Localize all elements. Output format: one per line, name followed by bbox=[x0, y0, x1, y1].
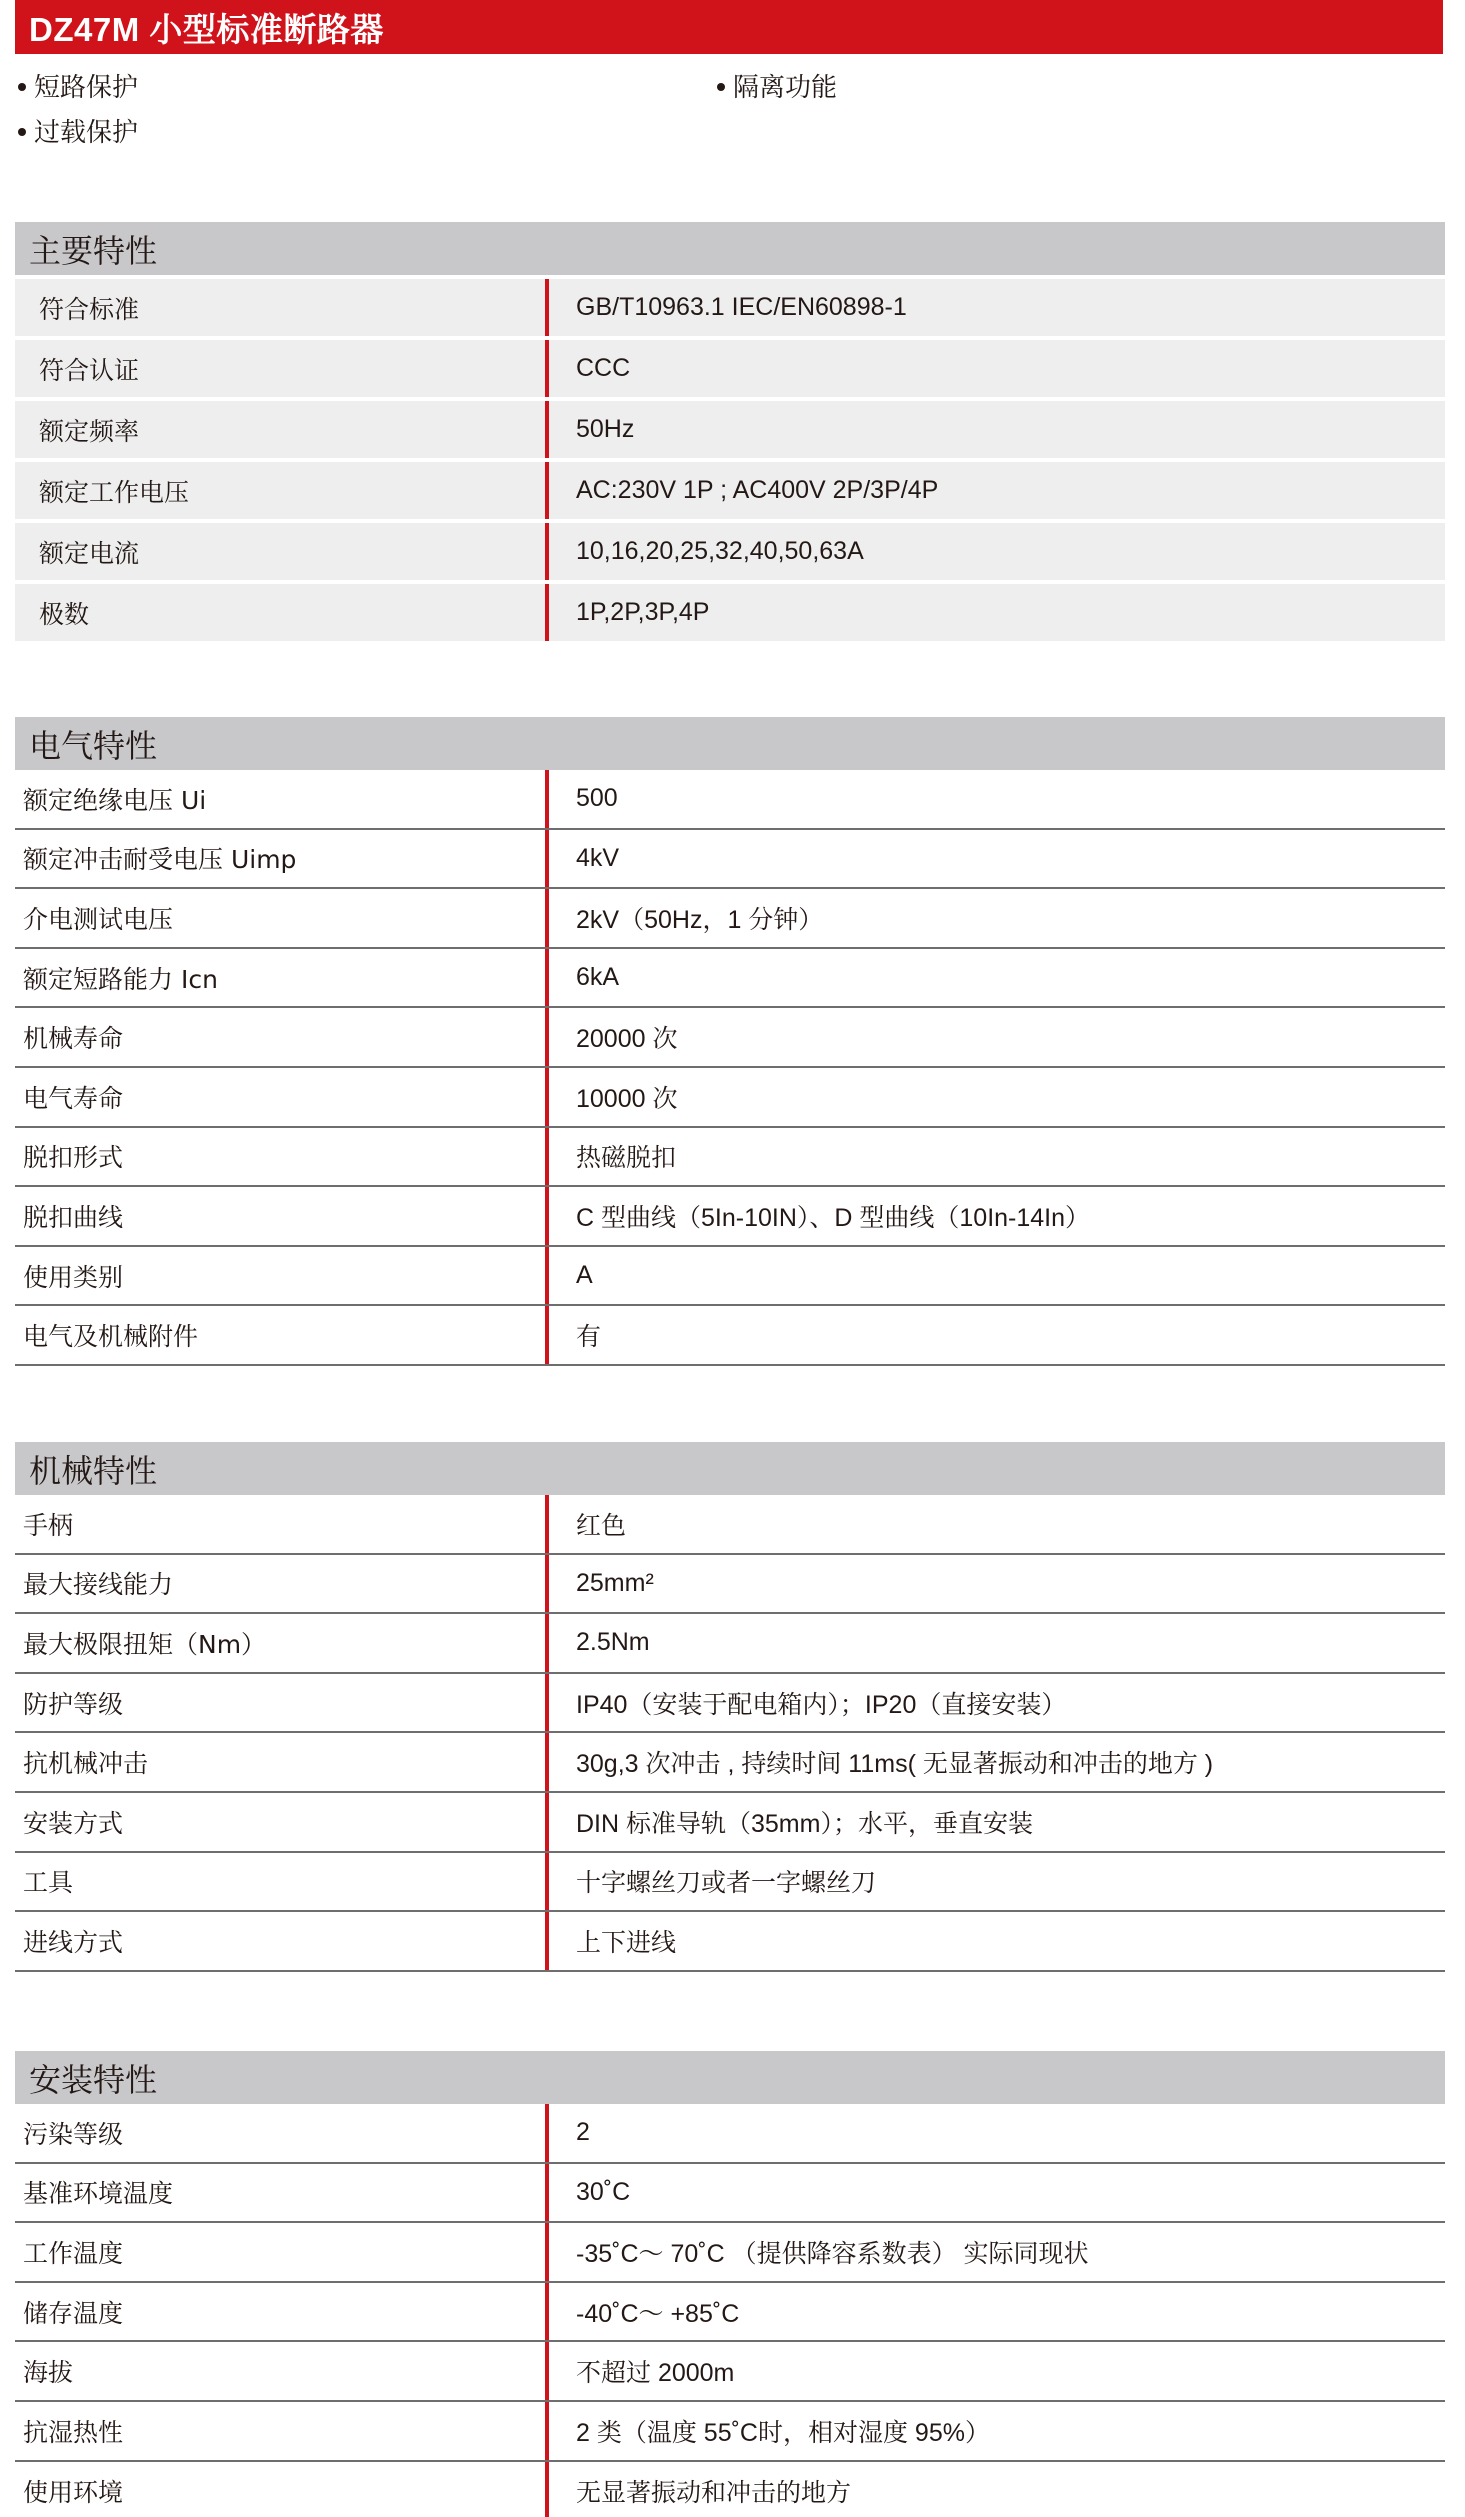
row-label: 机械寿命 bbox=[15, 1008, 545, 1066]
row-value: -35˚C～ 70˚C （提供降容系数表） 实际同现状 bbox=[549, 2223, 1445, 2281]
table-row: 安装方式DIN 标准导轨（35mm）；水平，垂直安装 bbox=[15, 1793, 1445, 1853]
row-label: 额定频率 bbox=[15, 401, 545, 458]
table-row: 脱扣形式热磁脱扣 bbox=[15, 1128, 1445, 1188]
row-label: 最大极限扭矩（Nm） bbox=[15, 1614, 545, 1672]
table-row: 额定冲击耐受电压 Uimp4kV bbox=[15, 830, 1445, 890]
row-label: 使用类别 bbox=[15, 1247, 545, 1305]
row-label: 额定冲击耐受电压 Uimp bbox=[15, 830, 545, 888]
table-row: 符合标准GB/T10963.1 IEC/EN60898-1 bbox=[15, 279, 1445, 336]
row-label: 抗机械冲击 bbox=[15, 1733, 545, 1791]
table-row: 海拔不超过 2000m bbox=[15, 2342, 1445, 2402]
row-value: 10,16,20,25,32,40,50,63A bbox=[549, 523, 1445, 580]
feature-item: 短路保护 bbox=[18, 66, 138, 110]
row-label: 极数 bbox=[15, 584, 545, 641]
row-label: 防护等级 bbox=[15, 1674, 545, 1732]
table-row: 符合认证CCC bbox=[15, 340, 1445, 397]
row-label: 储存温度 bbox=[15, 2283, 545, 2341]
table-row: 脱扣曲线C 型曲线（5In-10IN）、D 型曲线（10In-14In） bbox=[15, 1187, 1445, 1247]
row-label: 进线方式 bbox=[15, 1912, 545, 1970]
row-value: 10000 次 bbox=[549, 1068, 1445, 1126]
row-label: 安装方式 bbox=[15, 1793, 545, 1851]
row-value: C 型曲线（5In-10IN）、D 型曲线（10In-14In） bbox=[549, 1187, 1445, 1245]
table-row: 额定频率50Hz bbox=[15, 401, 1445, 458]
section-installation-characteristics: 安装特性 污染等级2 基准环境温度30˚C 工作温度-35˚C～ 70˚C （提… bbox=[15, 2051, 1445, 2517]
row-value: 4kV bbox=[549, 830, 1445, 888]
row-value: 无显著振动和冲击的地方 bbox=[549, 2462, 1445, 2517]
table-row: 储存温度-40˚C～ +85˚C bbox=[15, 2283, 1445, 2343]
table-row: 工作温度-35˚C～ 70˚C （提供降容系数表） 实际同现状 bbox=[15, 2223, 1445, 2283]
row-value: 不超过 2000m bbox=[549, 2342, 1445, 2400]
bullet-icon bbox=[18, 83, 26, 91]
feature-item: 过载保护 bbox=[18, 111, 138, 155]
table-row: 额定短路能力 Icn6kA bbox=[15, 949, 1445, 1009]
table-row: 污染等级2 bbox=[15, 2104, 1445, 2164]
spec-table: 额定绝缘电压 Ui500 额定冲击耐受电压 Uimp4kV 介电测试电压2kV（… bbox=[15, 770, 1445, 1366]
table-row: 极数1P,2P,3P,4P bbox=[15, 584, 1445, 641]
spec-table: 手柄红色 最大接线能力25mm² 最大极限扭矩（Nm）2.5Nm 防护等级IP4… bbox=[15, 1495, 1445, 1972]
row-label: 抗湿热性 bbox=[15, 2402, 545, 2460]
feature-label: 过载保护 bbox=[34, 118, 138, 148]
row-value: 6kA bbox=[549, 949, 1445, 1007]
feature-item: 隔离功能 bbox=[717, 66, 837, 110]
row-value: 2kV（50Hz，1 分钟） bbox=[549, 889, 1445, 947]
row-value: 红色 bbox=[549, 1495, 1445, 1553]
row-label: 电气及机械附件 bbox=[15, 1306, 545, 1364]
row-value: 1P,2P,3P,4P bbox=[549, 584, 1445, 641]
product-title-bar: DZ47M 小型标准断路器 bbox=[15, 0, 1443, 54]
row-value: -40˚C～ +85˚C bbox=[549, 2283, 1445, 2341]
row-value: 500 bbox=[549, 770, 1445, 828]
row-value: 2 bbox=[549, 2104, 1445, 2162]
spec-table: 符合标准GB/T10963.1 IEC/EN60898-1 符合认证CCC 额定… bbox=[15, 279, 1445, 641]
table-row: 电气及机械附件有 bbox=[15, 1306, 1445, 1366]
row-value: 50Hz bbox=[549, 401, 1445, 458]
bullet-icon bbox=[717, 83, 725, 91]
row-value: 十字螺丝刀或者一字螺丝刀 bbox=[549, 1853, 1445, 1911]
table-row: 最大极限扭矩（Nm）2.5Nm bbox=[15, 1614, 1445, 1674]
row-label: 电气寿命 bbox=[15, 1068, 545, 1126]
row-label: 额定绝缘电压 Ui bbox=[15, 770, 545, 828]
table-row: 抗机械冲击30g,3 次冲击 , 持续时间 11ms( 无显著振动和冲击的地方 … bbox=[15, 1733, 1445, 1793]
row-label: 额定电流 bbox=[15, 523, 545, 580]
table-row: 机械寿命20000 次 bbox=[15, 1008, 1445, 1068]
table-row: 介电测试电压2kV（50Hz，1 分钟） bbox=[15, 889, 1445, 949]
row-value: 2 类（温度 55˚C时，相对湿度 95%） bbox=[549, 2402, 1445, 2460]
row-label: 使用环境 bbox=[15, 2462, 545, 2517]
table-row: 使用环境无显著振动和冲击的地方 bbox=[15, 2462, 1445, 2517]
row-label: 手柄 bbox=[15, 1495, 545, 1553]
bullet-icon bbox=[18, 128, 26, 136]
row-label: 基准环境温度 bbox=[15, 2164, 545, 2222]
row-value: 2.5Nm bbox=[549, 1614, 1445, 1672]
row-label: 介电测试电压 bbox=[15, 889, 545, 947]
row-label: 符合认证 bbox=[15, 340, 545, 397]
row-value: IP40（安装于配电箱内）；IP20（直接安装） bbox=[549, 1674, 1445, 1732]
product-title: DZ47M 小型标准断路器 bbox=[29, 4, 384, 51]
row-value: GB/T10963.1 IEC/EN60898-1 bbox=[549, 279, 1445, 336]
row-value: DIN 标准导轨（35mm）；水平，垂直安装 bbox=[549, 1793, 1445, 1851]
section-electrical-characteristics: 电气特性 额定绝缘电压 Ui500 额定冲击耐受电压 Uimp4kV 介电测试电… bbox=[15, 717, 1445, 1366]
row-label: 工作温度 bbox=[15, 2223, 545, 2281]
section-mechanical-characteristics: 机械特性 手柄红色 最大接线能力25mm² 最大极限扭矩（Nm）2.5Nm 防护… bbox=[15, 1442, 1445, 1972]
row-label: 最大接线能力 bbox=[15, 1555, 545, 1613]
feature-label: 隔离功能 bbox=[733, 73, 837, 103]
row-value: 20000 次 bbox=[549, 1008, 1445, 1066]
table-row: 额定电流10,16,20,25,32,40,50,63A bbox=[15, 523, 1445, 580]
table-row: 电气寿命10000 次 bbox=[15, 1068, 1445, 1128]
row-label: 脱扣形式 bbox=[15, 1128, 545, 1186]
table-row: 防护等级IP40（安装于配电箱内）；IP20（直接安装） bbox=[15, 1674, 1445, 1734]
table-row: 使用类别A bbox=[15, 1247, 1445, 1307]
row-label: 脱扣曲线 bbox=[15, 1187, 545, 1245]
row-value: CCC bbox=[549, 340, 1445, 397]
section-title: 主要特性 bbox=[15, 222, 1445, 275]
row-label: 海拔 bbox=[15, 2342, 545, 2400]
row-label: 额定短路能力 Icn bbox=[15, 949, 545, 1007]
table-row: 最大接线能力25mm² bbox=[15, 1555, 1445, 1615]
row-value: 热磁脱扣 bbox=[549, 1128, 1445, 1186]
row-label: 工具 bbox=[15, 1853, 545, 1911]
table-row: 工具十字螺丝刀或者一字螺丝刀 bbox=[15, 1853, 1445, 1913]
spec-table: 污染等级2 基准环境温度30˚C 工作温度-35˚C～ 70˚C （提供降容系数… bbox=[15, 2104, 1445, 2517]
feature-list: 短路保护 过载保护 隔离功能 bbox=[18, 66, 1438, 158]
table-row: 进线方式上下进线 bbox=[15, 1912, 1445, 1972]
row-label: 符合标准 bbox=[15, 279, 545, 336]
row-value: 有 bbox=[549, 1306, 1445, 1364]
row-label: 额定工作电压 bbox=[15, 462, 545, 519]
table-row: 手柄红色 bbox=[15, 1495, 1445, 1555]
table-row: 额定绝缘电压 Ui500 bbox=[15, 770, 1445, 830]
table-row: 额定工作电压AC:230V 1P ; AC400V 2P/3P/4P bbox=[15, 462, 1445, 519]
row-value: 30˚C bbox=[549, 2164, 1445, 2222]
feature-label: 短路保护 bbox=[34, 73, 138, 103]
section-title: 安装特性 bbox=[15, 2051, 1445, 2104]
row-value: A bbox=[549, 1247, 1445, 1305]
table-row: 基准环境温度30˚C bbox=[15, 2164, 1445, 2224]
section-title: 机械特性 bbox=[15, 1442, 1445, 1495]
row-value: 30g,3 次冲击 , 持续时间 11ms( 无显著振动和冲击的地方 ) bbox=[549, 1733, 1445, 1791]
row-label: 污染等级 bbox=[15, 2104, 545, 2162]
section-title: 电气特性 bbox=[15, 717, 1445, 770]
row-value: 上下进线 bbox=[549, 1912, 1445, 1970]
row-value: AC:230V 1P ; AC400V 2P/3P/4P bbox=[549, 462, 1445, 519]
section-main-characteristics: 主要特性 符合标准GB/T10963.1 IEC/EN60898-1 符合认证C… bbox=[15, 222, 1445, 641]
table-row: 抗湿热性2 类（温度 55˚C时，相对湿度 95%） bbox=[15, 2402, 1445, 2462]
row-value: 25mm² bbox=[549, 1555, 1445, 1613]
